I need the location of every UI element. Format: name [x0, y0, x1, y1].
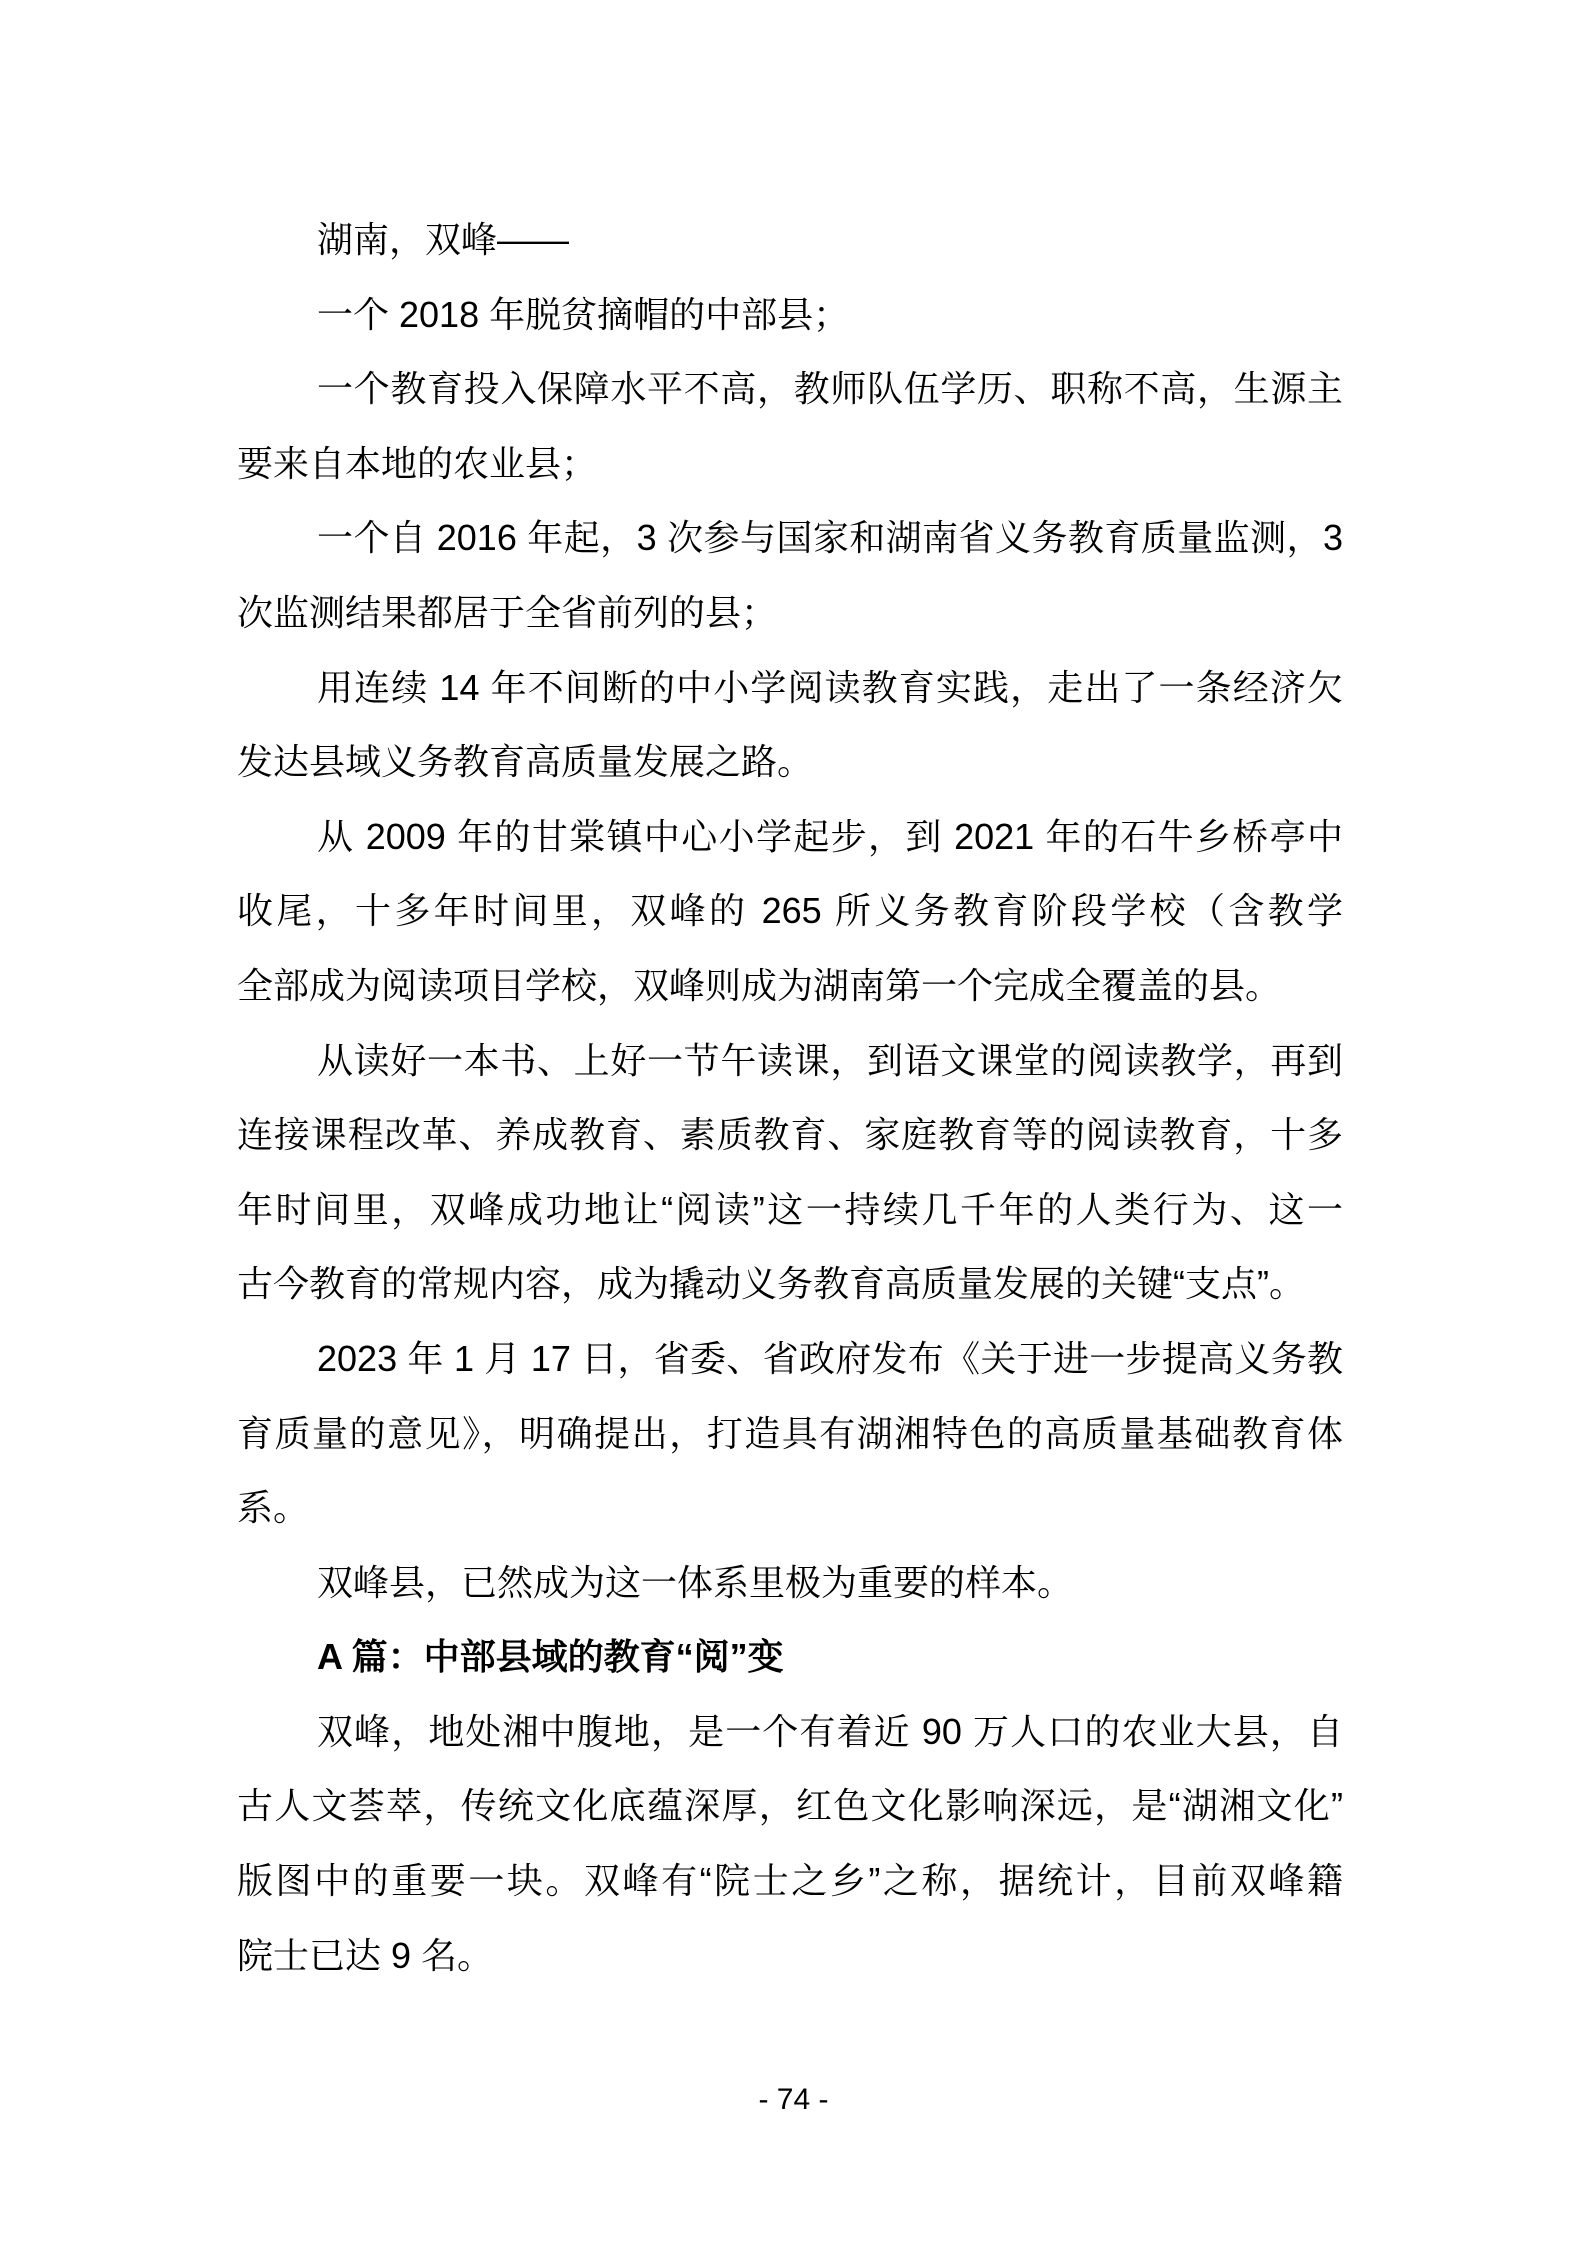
- paragraph-line: 2023 年 1 月 17 日，省委、省政府发布《关于进一步提高义务教: [237, 1322, 1343, 1397]
- paragraph-line: 一个教育投入保障水平不高，教师队伍学历、职称不高，生源主: [237, 352, 1343, 427]
- paragraph-line: 用连续 14 年不间断的中小学阅读教育实践，走出了一条经济欠: [237, 651, 1343, 726]
- paragraph-line: 从读好一本书、上好一节午读课，到语文课堂的阅读教学，再到: [237, 1024, 1343, 1099]
- paragraph-line: 湖南，双峰——: [237, 203, 1343, 278]
- paragraph-line: 育质量的意见》，明确提出，打造具有湖湘特色的高质量基础教育体: [237, 1397, 1343, 1472]
- paragraph-line: 双峰，地处湘中腹地，是一个有着近 90 万人口的农业大县，自: [237, 1695, 1343, 1770]
- section-heading-a: A 篇：中部县域的教育“阅”变: [237, 1620, 1343, 1695]
- paragraph-line: 次监测结果都居于全省前列的县；: [237, 576, 1343, 651]
- page-number: - 74 -: [0, 2083, 1587, 2117]
- paragraph-line: 版图中的重要一块。双峰有“院士之乡”之称，据统计，目前双峰籍: [237, 1844, 1343, 1919]
- paragraph-line: 古今教育的常规内容，成为撬动义务教育高质量发展的关键“支点”。: [237, 1247, 1343, 1322]
- paragraph-line: 系。: [237, 1471, 1343, 1546]
- paragraph-line: 要来自本地的农业县；: [237, 427, 1343, 502]
- paragraph-line: 双峰县，已然成为这一体系里极为重要的样本。: [237, 1546, 1343, 1621]
- paragraph-line: 全部成为阅读项目学校，双峰则成为湖南第一个完成全覆盖的县。: [237, 949, 1343, 1024]
- paragraph-line: 连接课程改革、养成教育、素质教育、家庭教育等的阅读教育，十多: [237, 1098, 1343, 1173]
- paragraph-line: 一个 2018 年脱贫摘帽的中部县；: [237, 278, 1343, 353]
- document-page: { "page": { "number": "- 74 -" }, "color…: [0, 0, 1587, 2245]
- paragraph-line: 年时间里，双峰成功地让“阅读”这一持续几千年的人类行为、这一: [237, 1173, 1343, 1248]
- paragraph-line: 古人文荟萃，传统文化底蕴深厚，红色文化影响深远，是“湖湘文化”: [237, 1769, 1343, 1844]
- paragraph-line: 从 2009 年的甘棠镇中心小学起步，到 2021 年的石牛乡桥亭中学: [237, 800, 1343, 875]
- paragraph-line: 收尾，十多年时间里，双峰的 265 所义务教育阶段学校（含教学点），: [237, 874, 1343, 949]
- paragraph-line: 一个自 2016 年起，3 次参与国家和湖南省义务教育质量监测，3: [237, 501, 1343, 576]
- text-block: 湖南，双峰—— 一个 2018 年脱贫摘帽的中部县； 一个教育投入保障水平不高，…: [237, 203, 1343, 1993]
- paragraph-line: 发达县域义务教育高质量发展之路。: [237, 725, 1343, 800]
- paragraph-line: 院士已达 9 名。: [237, 1919, 1343, 1994]
